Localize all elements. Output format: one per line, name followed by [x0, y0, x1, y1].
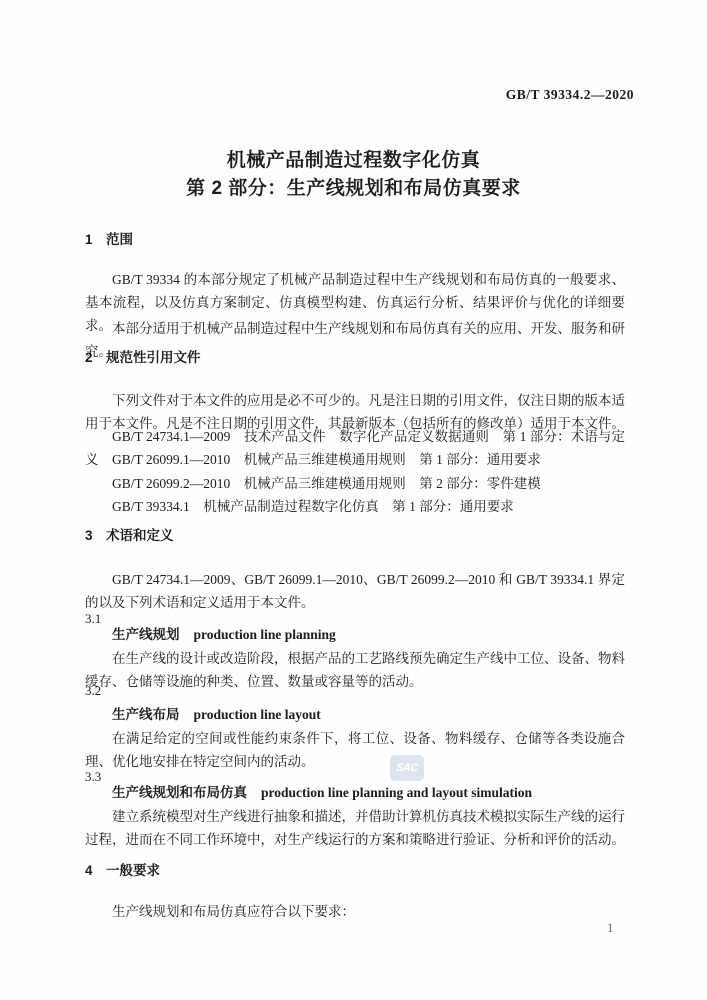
term-3-2-en: production line layout [194, 707, 321, 722]
document-page: GB/T 39334.2—2020 机械产品制造过程数字化仿真 第 2 部分：生… [0, 0, 707, 1000]
normative-reference-4: GB/T 39334.1 机械产品制造过程数字化仿真 第 1 部分：通用要求 [85, 495, 625, 518]
term-3-1-en: production line planning [194, 627, 336, 642]
section-2-heading: 2 规范性引用文件 [85, 350, 625, 366]
term-3-2-number: 3.2 [85, 683, 625, 699]
section-1-heading: 1 范围 [85, 232, 625, 248]
normative-reference-2: GB/T 26099.1—2010 机械产品三维建模通用规则 第 1 部分：通用… [85, 448, 625, 471]
normative-reference-3: GB/T 26099.2—2010 机械产品三维建模通用规则 第 2 部分：零件… [85, 472, 625, 495]
term-3-2-zh: 生产线布局 [112, 707, 180, 722]
page-title-line-2: 第 2 部分：生产线规划和布局仿真要求 [0, 175, 707, 203]
section-3-heading: 3 术语和定义 [85, 528, 625, 544]
term-3-3-number: 3.3 [85, 769, 625, 785]
section-4-paragraph-1: 生产线规划和布局仿真应符合以下要求： [85, 900, 625, 923]
term-3-2-definition: 在满足给定的空间或性能约束条件下，将工位、设备、物料缓存、仓储等各类设施合理、优… [85, 727, 625, 773]
section-3-intro: GB/T 24734.1—2009、GB/T 26099.1—2010、GB/T… [85, 568, 625, 614]
term-3-2-title: 生产线布局production line layout [85, 706, 625, 724]
term-3-3-en: production line planning and layout simu… [261, 785, 532, 800]
term-3-3-zh: 生产线规划和布局仿真 [112, 785, 247, 800]
page-number: 1 [607, 920, 614, 936]
term-3-3-definition: 建立系统模型对生产线进行抽象和描述，并借助计算机仿真技术模拟实际生产线的运行过程… [85, 805, 625, 851]
term-3-1-zh: 生产线规划 [112, 627, 180, 642]
page-title: 机械产品制造过程数字化仿真 第 2 部分：生产线规划和布局仿真要求 [0, 147, 707, 203]
page-title-line-1: 机械产品制造过程数字化仿真 [0, 147, 707, 175]
doc-code: GB/T 39334.2—2020 [506, 87, 634, 103]
term-3-3-title: 生产线规划和布局仿真production line planning and l… [85, 784, 625, 802]
term-3-1-title: 生产线规划production line planning [85, 626, 625, 644]
term-3-1-number: 3.1 [85, 611, 625, 627]
section-4-heading: 4 一般要求 [85, 863, 625, 879]
